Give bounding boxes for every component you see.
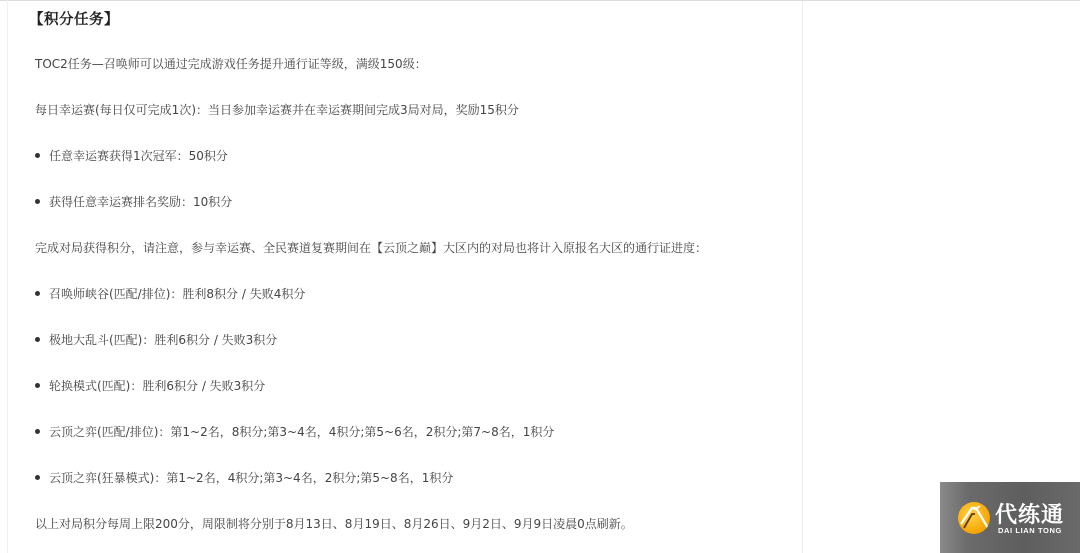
list-item: 极地大乱斗(匹配)：胜利6积分 / 失败3积分 [35, 331, 277, 348]
bullet-dot-icon [35, 153, 40, 158]
watermark-logo: 代练通 DAI LIAN TONG [940, 482, 1080, 553]
top-border [0, 0, 1080, 1]
list-item: 云顶之弈(狂暴模式)：第1~2名，4积分;第3~4名，2积分;第5~8名，1积分 [35, 469, 453, 486]
logo-name-en: DAI LIAN TONG [998, 526, 1062, 535]
intro-paragraph: TOC2任务—召唤师可以通过完成游戏任务提升通行证等级，满级150级： [35, 55, 427, 72]
logo-name-cn: 代练通 [995, 498, 1064, 529]
daily-lucky-paragraph: 每日幸运赛(每日仅可完成1次)：当日参加幸运赛并在幸运赛期间完成3局对局，奖励1… [35, 101, 519, 118]
list-item: 获得任意幸运赛排名奖励：10积分 [35, 193, 232, 210]
bullet-dot-icon [35, 291, 40, 296]
bullet-dot-icon [35, 383, 40, 388]
left-border [7, 0, 8, 553]
list-item: 轮换模式(匹配)：胜利6积分 / 失败3积分 [35, 377, 265, 394]
bullet-dot-icon [35, 475, 40, 480]
match-intro-paragraph: 完成对局获得积分，请注意，参与幸运赛、全民赛道复赛期间在【云顶之巅】大区内的对局… [35, 239, 707, 256]
weekly-limit-paragraph: 以上对局积分每周上限200分，周限制将分别于8月13日、8月19日、8月26日、… [35, 515, 633, 532]
bullet-dot-icon [35, 429, 40, 434]
list-item: 召唤师峡谷(匹配/排位)：胜利8积分 / 失败4积分 [35, 285, 305, 302]
bullet-dot-icon [35, 199, 40, 204]
list-item: 云顶之弈(匹配/排位)：第1~2名，8积分;第3~4名，4积分;第5~6名，2积… [35, 423, 554, 440]
list-item: 任意幸运赛获得1次冠军：50积分 [35, 147, 228, 164]
content-right-border [802, 1, 803, 553]
logo-emblem-icon [958, 502, 990, 534]
bullet-dot-icon [35, 337, 40, 342]
section-heading: 【积分任务】 [29, 8, 119, 29]
